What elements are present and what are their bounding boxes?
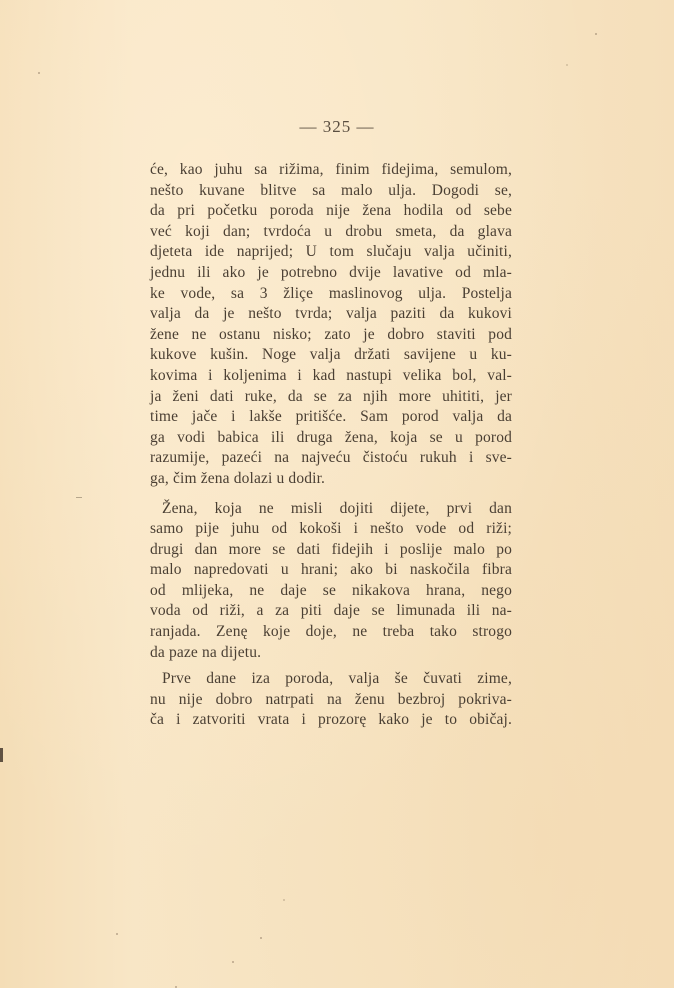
- text-line: samo pije juhu od kokoši i nešto vode od…: [150, 519, 512, 540]
- text-line: ča i zatvoriti vrata i prozorę kako je t…: [150, 710, 512, 731]
- margin-dash-mark: [76, 497, 82, 498]
- text-line: malo napredovati u hrani; ako bi naskoči…: [150, 560, 512, 581]
- body-text: će, kao juhu sa rižima, finim fidejima, …: [150, 160, 512, 731]
- text-line: da pri početku poroda nije žena hodila o…: [150, 201, 512, 222]
- paragraph-gap: [150, 490, 512, 499]
- paper-speck: [595, 33, 597, 35]
- paragraph-3: Prve dane iza poroda, valja še čuvati zi…: [150, 669, 512, 731]
- text-line: ke vode, sa 3 žliçe maslinovog ulja. Pos…: [150, 284, 512, 305]
- text-line: od mlijeka, ne daje se nikakova hrana, n…: [150, 581, 512, 602]
- text-line: drugi dan more se dati fidejih i poslije…: [150, 540, 512, 561]
- paper-speck: [38, 72, 40, 74]
- paper-speck: [232, 961, 234, 963]
- text-line: će, kao juhu sa rižima, finim fidejima, …: [150, 160, 512, 181]
- text-line: kovima i koljenima i kad nastupi velika …: [150, 366, 512, 387]
- text-line: ga, čim žena dolazi u dodir.: [150, 469, 512, 490]
- text-line: Prve dane iza poroda, valja še čuvati zi…: [150, 669, 512, 690]
- text-line: žene ne ostanu nisko; zato je dobro stav…: [150, 325, 512, 346]
- page-edge-mark: [0, 748, 3, 762]
- text-line: nu nije dobro natrpati na ženu bezbroj p…: [150, 690, 512, 711]
- paragraph-1: će, kao juhu sa rižima, finim fidejima, …: [150, 160, 512, 490]
- text-line: time jače i lakše pritišće. Sam porod va…: [150, 407, 512, 428]
- text-line: već koji dan; tvrdoća u drobu smeta, da …: [150, 222, 512, 243]
- text-line: djeteta ide naprijed; U tom slučaju valj…: [150, 242, 512, 263]
- text-line: ja ženi dati ruke, da se za njih more uh…: [150, 387, 512, 408]
- text-line: razumije, pazeći na najveću čistoću ruku…: [150, 448, 512, 469]
- text-line: ranjada. Zenę koje doje, ne treba tako s…: [150, 622, 512, 643]
- text-line: ga vodi babica ili druga žena, koja se u…: [150, 428, 512, 449]
- text-line: da paze na dijetu.: [150, 643, 512, 664]
- scanned-page: — 325 — će, kao juhu sa rižima, finim fi…: [0, 0, 674, 988]
- paper-speck: [566, 64, 568, 66]
- paper-speck: [283, 899, 285, 901]
- text-line: jednu ili ako je potrebno dvije lavative…: [150, 263, 512, 284]
- text-line: valja da je nešto tvrda; valja paziti da…: [150, 304, 512, 325]
- text-line: kukove kušin. Noge valja držati savijene…: [150, 345, 512, 366]
- page-number: — 325 —: [0, 117, 674, 137]
- text-line: voda od riži, a za piti daje se limunada…: [150, 601, 512, 622]
- paper-speck: [260, 937, 262, 939]
- text-line: nešto kuvane blitve sa malo ulja. Dogodi…: [150, 181, 512, 202]
- paper-speck: [116, 933, 118, 935]
- paragraph-2: Žena, koja ne misli dojiti dijete, prvi …: [150, 499, 512, 664]
- text-line: Žena, koja ne misli dojiti dijete, prvi …: [150, 499, 512, 520]
